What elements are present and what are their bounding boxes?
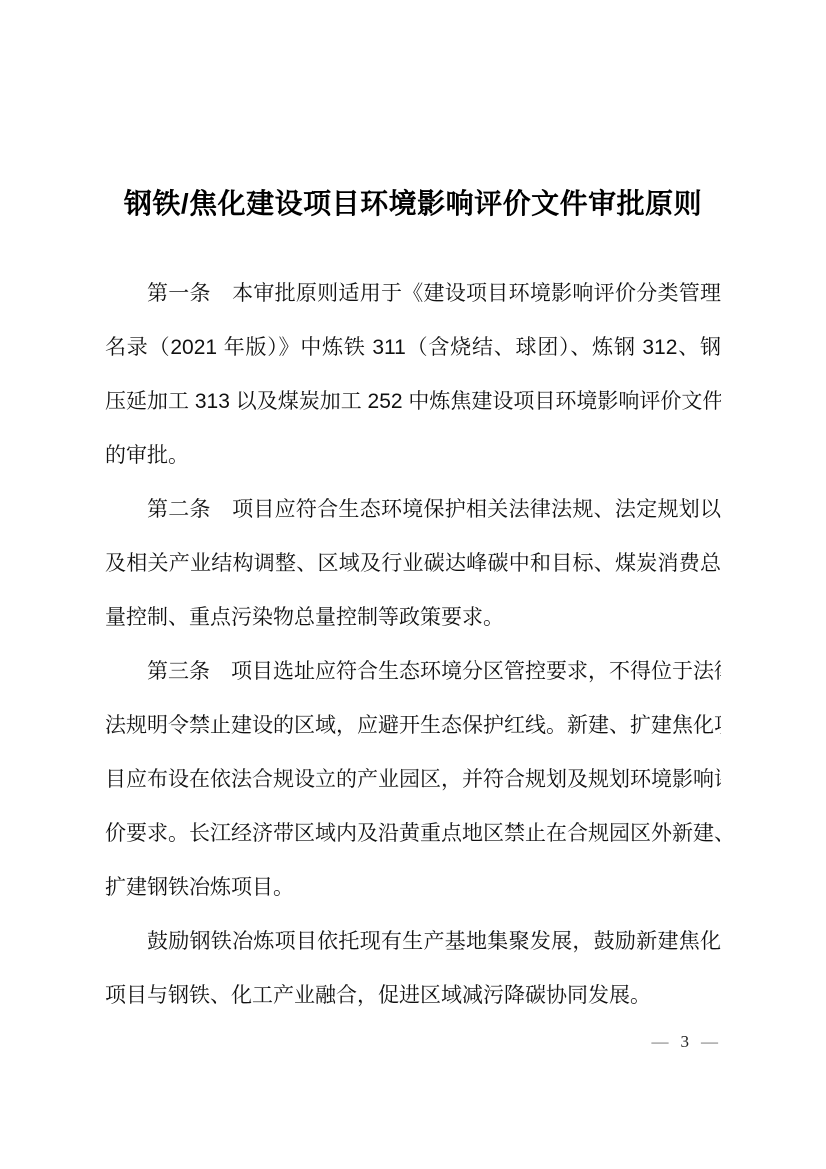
text-line: 法规明令禁止建设的区域，应避开生态保护红线。新建、扩建焦化项	[105, 699, 721, 753]
text-line: 项目与钢铁、化工产业融合，促进区域减污降碳协同发展。	[105, 969, 721, 1023]
text-line: 鼓励钢铁冶炼项目依托现有生产基地集聚发展，鼓励新建焦化	[105, 915, 721, 969]
text-line: 第三条 项目选址应符合生态环境分区管控要求，不得位于法律	[105, 645, 721, 699]
paragraph-article-2: 第二条 项目应符合生态环境保护相关法律法规、法定规划以及相关产业结构调整、区域及…	[105, 483, 721, 645]
text-line: 目应布设在依法合规设立的产业园区，并符合规划及规划环境影响评	[105, 753, 721, 807]
footer-left-dash: —	[652, 1032, 669, 1051]
text-line: 第一条 本审批原则适用于《建设项目环境影响评价分类管理	[105, 267, 721, 321]
footer-page-number: 3	[681, 1032, 690, 1052]
text-line: 价要求。长江经济带区域内及沿黄重点地区禁止在合规园区外新建、	[105, 807, 721, 861]
text-line: 量控制、重点污染物总量控制等政策要求。	[105, 591, 721, 645]
document-body: 第一条 本审批原则适用于《建设项目环境影响评价分类管理名录（2021 年版）》中…	[105, 267, 721, 1023]
text-line: 第二条 项目应符合生态环境保护相关法律法规、法定规划以	[105, 483, 721, 537]
text-line: 压延加工 313 以及煤炭加工 252 中炼焦建设项目环境影响评价文件	[105, 375, 721, 429]
paragraph-article-1: 第一条 本审批原则适用于《建设项目环境影响评价分类管理名录（2021 年版）》中…	[105, 267, 721, 483]
text-line: 及相关产业结构调整、区域及行业碳达峰碳中和目标、煤炭消费总	[105, 537, 721, 591]
footer-right-dash: —	[701, 1032, 718, 1051]
text-line: 扩建钢铁冶炼项目。	[105, 861, 721, 915]
document-page: 钢铁/焦化建设项目环境影响评价文件审批原则 第一条 本审批原则适用于《建设项目环…	[0, 0, 826, 1169]
text-line: 的审批。	[105, 429, 721, 483]
document-title: 钢铁/焦化建设项目环境影响评价文件审批原则	[0, 186, 826, 222]
paragraph-article-3: 第三条 项目选址应符合生态环境分区管控要求，不得位于法律法规明令禁止建设的区域，…	[105, 645, 721, 915]
page-footer: —3—	[652, 1032, 719, 1052]
text-line: 名录（2021 年版）》中炼铁 311（含烧结、球团）、炼钢 312、钢	[105, 321, 721, 375]
paragraph-closing-paragraph: 鼓励钢铁冶炼项目依托现有生产基地集聚发展，鼓励新建焦化项目与钢铁、化工产业融合，…	[105, 915, 721, 1023]
